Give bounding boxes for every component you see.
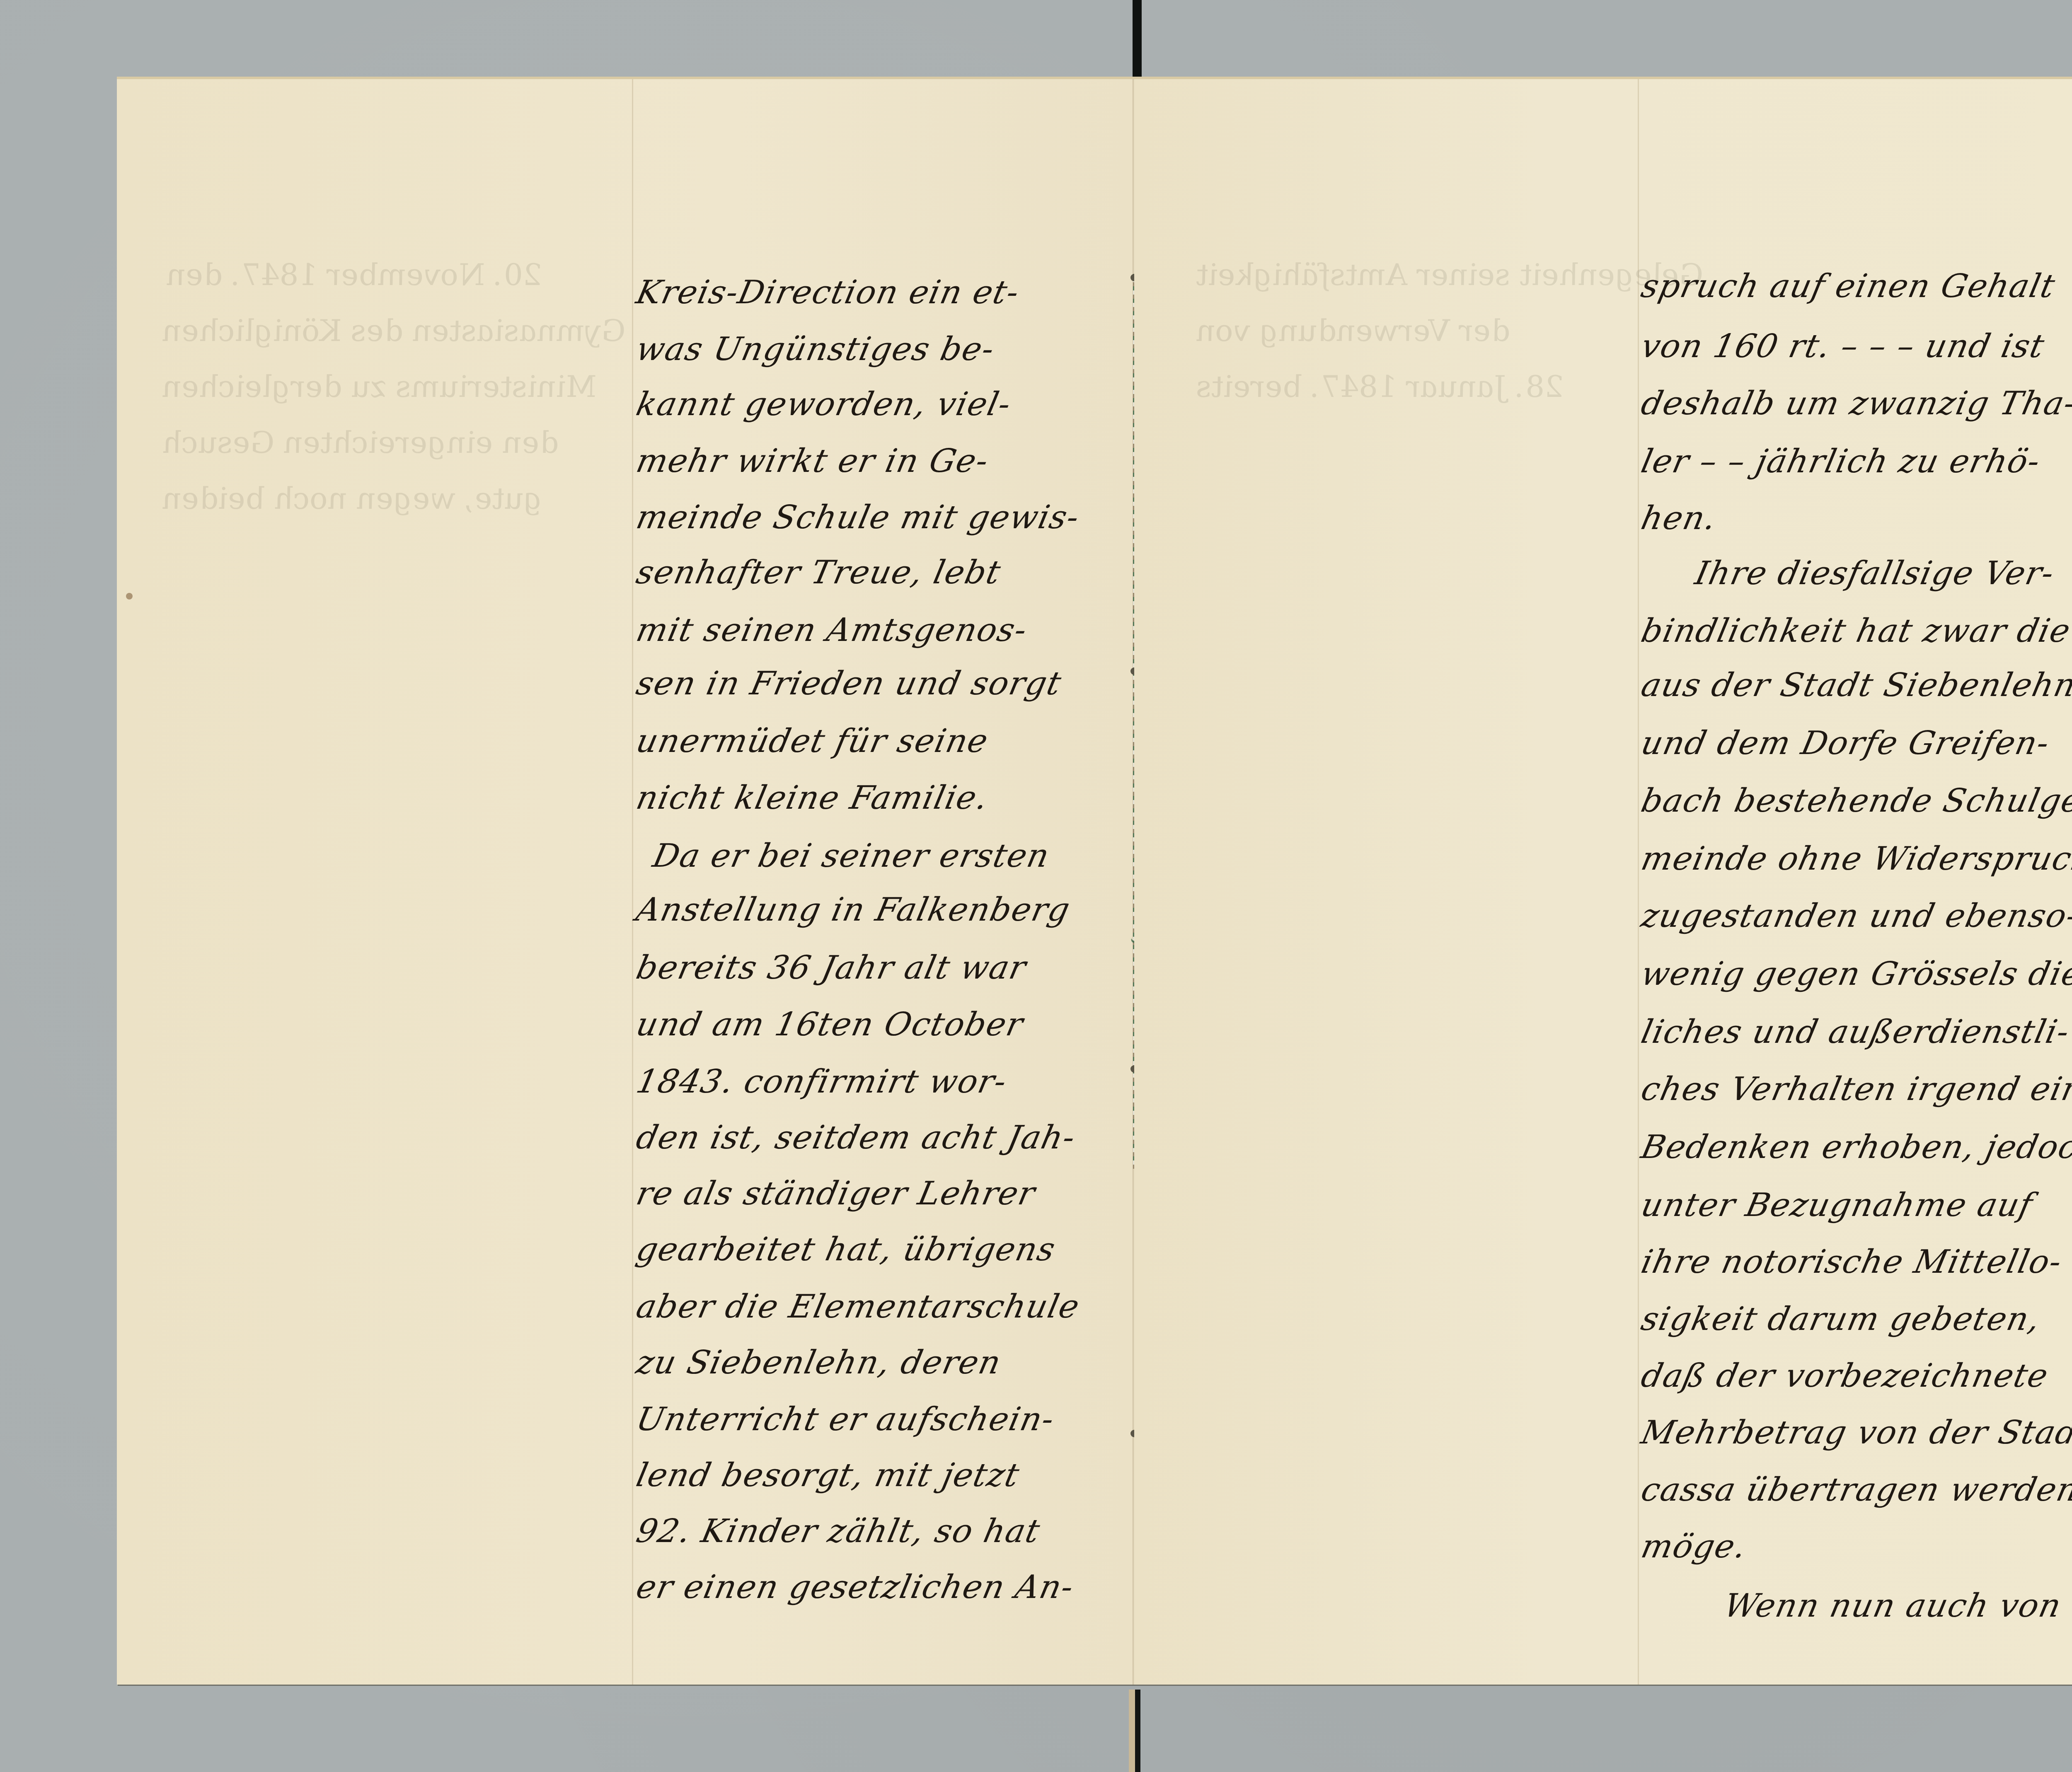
text-line: hen. — [1638, 500, 1720, 537]
paragraph-start-line: Ihre diesfallsige Ver- — [1692, 555, 2058, 592]
text-line: aus der Stadt Siebenlehn — [1638, 667, 2072, 704]
text-line: aber die Elementarschule — [633, 1288, 1083, 1325]
text-line: lend besorgt, mit jetzt — [633, 1457, 1023, 1494]
text-line: meinde ohne Widerspruch — [1638, 840, 2072, 878]
text-line: unermüdet für seine — [633, 723, 992, 760]
text-line: was Ungünstiges be- — [633, 331, 998, 368]
text-line: bereits 36 Jahr alt war — [633, 949, 1030, 986]
text-line: meinde Schule mit gewis- — [633, 499, 1083, 536]
open-folio-sheet: 20. November 1847. den Gymnasiasten des … — [117, 77, 2072, 1685]
text-line: möge. — [1638, 1528, 1750, 1565]
text-line: mit seinen Amtsgenos- — [633, 612, 1031, 649]
text-line: Bedenken erhoben, jedoch — [1638, 1129, 2072, 1166]
text-line: von 160 rt. – – – und ist — [1638, 328, 2048, 365]
bleed-through-text: Gymnasiasten des Königlichen — [159, 313, 629, 348]
fold-line-right — [1638, 79, 1639, 1685]
text-line: und am 16ten October — [633, 1006, 1027, 1043]
text-line: zugestanden und ebenso- — [1638, 897, 2072, 935]
text-line: Anstellung in Falkenberg — [633, 891, 1074, 928]
text-line: wenig gegen Grössels dienst- — [1638, 955, 2072, 993]
fold-line-left — [632, 79, 633, 1685]
left-page: 20. November 1847. den Gymnasiasten des … — [117, 79, 1134, 1685]
text-line: re als ständiger Lehrer — [633, 1175, 1039, 1212]
paragraph-start-line: Da er bei seiner ersten — [649, 837, 1053, 875]
text-line: Mehrbetrag von der Stadt- — [1638, 1414, 2072, 1451]
bleed-through-text: der Verwendung von — [1193, 313, 1514, 348]
text-line: liches und außerdienstli- — [1638, 1013, 2072, 1051]
bleed-through-text: Ministeriums zu dergleichen — [159, 369, 600, 404]
text-line: senhafter Treue, lebt — [633, 554, 1005, 591]
text-line: ihre notorische Mittello- — [1638, 1243, 2065, 1281]
text-line: nicht kleine Familie. — [633, 779, 992, 817]
binding-spine-top — [1133, 0, 1142, 79]
text-line: mehr wirkt er in Ge- — [633, 442, 992, 480]
text-line: cassa übertragen werden — [1638, 1471, 2072, 1508]
text-line: ler – – jährlich zu erhö- — [1638, 443, 2044, 480]
text-line: daß der vorbezeichnete — [1638, 1357, 2052, 1395]
text-line: sen in Frieden und sorgt — [633, 665, 1065, 702]
text-line: bach bestehende Schulge- — [1638, 782, 2072, 820]
bleed-through-text: den eingereichten Gesuch — [159, 425, 562, 460]
paragraph-start-line: Wenn nun auch von — [1721, 1587, 2065, 1625]
bleed-through-text: 28. Januar 1847. bereits — [1193, 369, 1567, 404]
text-line: Kreis-Direction ein et- — [633, 274, 1023, 311]
text-line: kannt geworden, viel- — [633, 386, 1014, 423]
bleed-through-text: gute, wegen noch beiden — [159, 481, 547, 516]
text-line: 1843. confirmirt wor- — [633, 1063, 1010, 1100]
text-line: sigkeit darum gebeten, — [1638, 1301, 2044, 1338]
text-line: spruch auf einen Gehalt — [1638, 268, 2059, 305]
text-line: 92. Kinder zählt, so hat — [633, 1513, 1043, 1550]
text-line: er einen gesetzlichen An- — [633, 1569, 1077, 1606]
text-line: unter Bezugnahme auf — [1638, 1187, 2036, 1224]
text-line: den ist, seitdem acht Jah- — [633, 1119, 1079, 1156]
text-line: zu Siebenlehn, deren — [633, 1344, 1005, 1381]
paper-stain — [126, 593, 133, 600]
binding-spine-bottom — [1129, 1690, 1140, 1772]
bleed-through-text: 20. November 1847. den — [163, 257, 545, 292]
text-line: Unterricht er aufschein- — [633, 1401, 1058, 1438]
right-page: Gelegenheit seiner Amtsfähigkeit der Ver… — [1134, 79, 2072, 1685]
text-line: und dem Dorfe Greifen- — [1638, 725, 2053, 762]
text-line: gearbeitet hat, übrigens — [633, 1231, 1059, 1268]
bleed-through-text: Gelegenheit seiner Amtsfähigkeit — [1193, 257, 1707, 292]
text-line: bindlichkeit hat zwar die — [1638, 612, 2072, 650]
text-line: deshalb um zwanzig Tha- — [1638, 385, 2072, 422]
text-line: ches Verhalten irgend ein — [1638, 1071, 2072, 1108]
